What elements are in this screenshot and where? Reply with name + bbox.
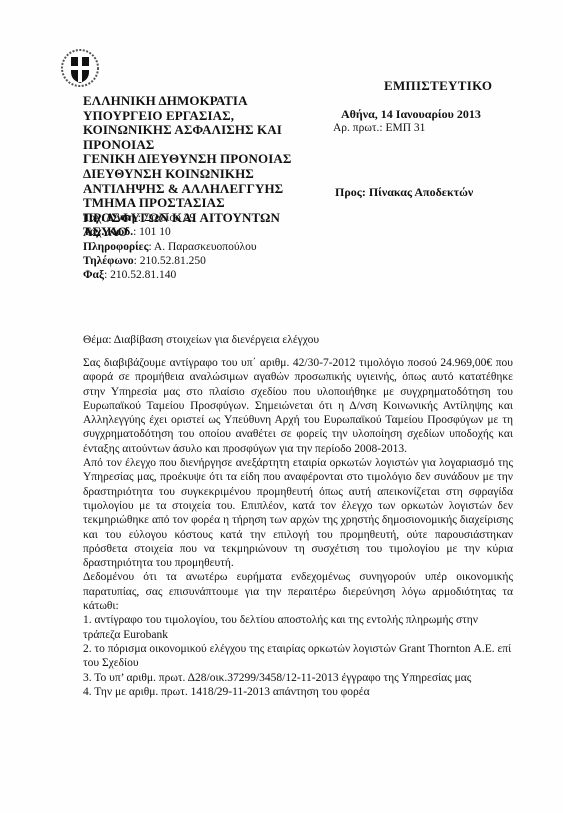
subject-line: Θέμα: Διαβίβαση στοιχείων για διενέργεια… xyxy=(83,334,319,346)
document-page: ΕΛΛΗΝΙΚΗ ΔΗΜΟΚΡΑΤΙΑ ΥΠΟΥΡΓΕΙΟ ΕΡΓΑΣΙΑΣ, … xyxy=(0,0,563,813)
body-paragraph: Σας διαβιβάζουμε αντίγραφο του υπ΄ αριθμ… xyxy=(83,356,513,456)
fax-row: Φαξ: 210.52.81.140 xyxy=(83,268,257,282)
info-row: Πληροφορίες: Α. Παρασκευοπούλου xyxy=(83,240,257,254)
classification-label: ΕΜΠΙΣΤΕΥΤΙΚΟ xyxy=(384,78,492,94)
document-date: Αθήνα, 14 Ιανουαρίου 2013 xyxy=(341,107,481,122)
attachment-item: 1. αντίγραφο του τιμολογίου, του δελτίου… xyxy=(83,613,513,642)
greek-coat-of-arms-icon xyxy=(60,48,100,88)
address-row: Ταχ. Δ/νση : Σταδίου 29 xyxy=(83,211,257,225)
body-paragraph: Δεδομένου ότι τα ανωτέρω ευρήματα ενδεχο… xyxy=(83,570,513,613)
fax-label: Φαξ xyxy=(83,269,104,281)
address-label: Ταχ. Δ/νση xyxy=(83,212,135,224)
protocol-number: Αρ. πρωτ.: ΕΜΠ 31 xyxy=(333,122,425,134)
info-label: Πληροφορίες xyxy=(83,241,148,253)
recipient-line: Προς: Πίνακας Αποδεκτών xyxy=(335,185,473,200)
fax-value: : 210.52.81.140 xyxy=(104,269,176,281)
sender-line: ΕΛΛΗΝΙΚΗ ΔΗΜΟΚΡΑΤΙΑ xyxy=(83,94,291,109)
attachment-item: 3. Το υπ’ αριθμ. πρωτ. Δ28/οικ.37299/345… xyxy=(83,671,513,685)
sender-line: ΑΝΤΙΛΗΨΗΣ & ΑΛΛΗΛΕΓΓΥΗΣ xyxy=(83,182,291,197)
phone-label: Τηλέφωνο xyxy=(83,255,134,267)
sender-line: ΠΡΟΝΟΙΑΣ xyxy=(83,138,291,153)
sender-line: ΥΠΟΥΡΓΕΙΟ ΕΡΓΑΣΙΑΣ, xyxy=(83,109,291,124)
phone-value: : 210.52.81.250 xyxy=(134,255,206,267)
attachment-item: 2. το πόρισμα οικονομικού ελέγχου της ετ… xyxy=(83,642,513,671)
sender-line: ΚΟΙΝΩΝΙΚΗΣ ΑΣΦΑΛΙΣΗΣ ΚΑΙ xyxy=(83,123,291,138)
sender-line: ΓΕΝΙΚΗ ΔΙΕΥΘΥΝΣΗ ΠΡΟΝΟΙΑΣ xyxy=(83,152,291,167)
phone-row: Τηλέφωνο: 210.52.81.250 xyxy=(83,254,257,268)
body-paragraph: Από τον έλεγχο που διενήργησε ανεξάρτητη… xyxy=(83,456,513,570)
sender-line: ΤΜΗΜΑ ΠΡΟΣΤΑΣΙΑΣ xyxy=(83,196,291,211)
attachment-item: 4. Την με αριθμ. πρωτ. 1418/29-11-2013 α… xyxy=(83,685,513,699)
postcode-row: Ταχ. Κωδ.: 101 10 xyxy=(83,225,257,239)
sender-line: ΔΙΕΥΘΥΝΣΗ ΚΟΙΝΩΝΙΚΗΣ xyxy=(83,167,291,182)
info-value: : Α. Παρασκευοπούλου xyxy=(148,241,256,253)
postcode-value: : 101 10 xyxy=(133,226,171,238)
letter-body: Σας διαβιβάζουμε αντίγραφο του υπ΄ αριθμ… xyxy=(83,356,513,699)
postcode-label: Ταχ. Κωδ. xyxy=(83,226,133,238)
address-value: : Σταδίου 29 xyxy=(135,212,195,224)
contact-block: Ταχ. Δ/νση : Σταδίου 29 Ταχ. Κωδ.: 101 1… xyxy=(83,211,257,282)
